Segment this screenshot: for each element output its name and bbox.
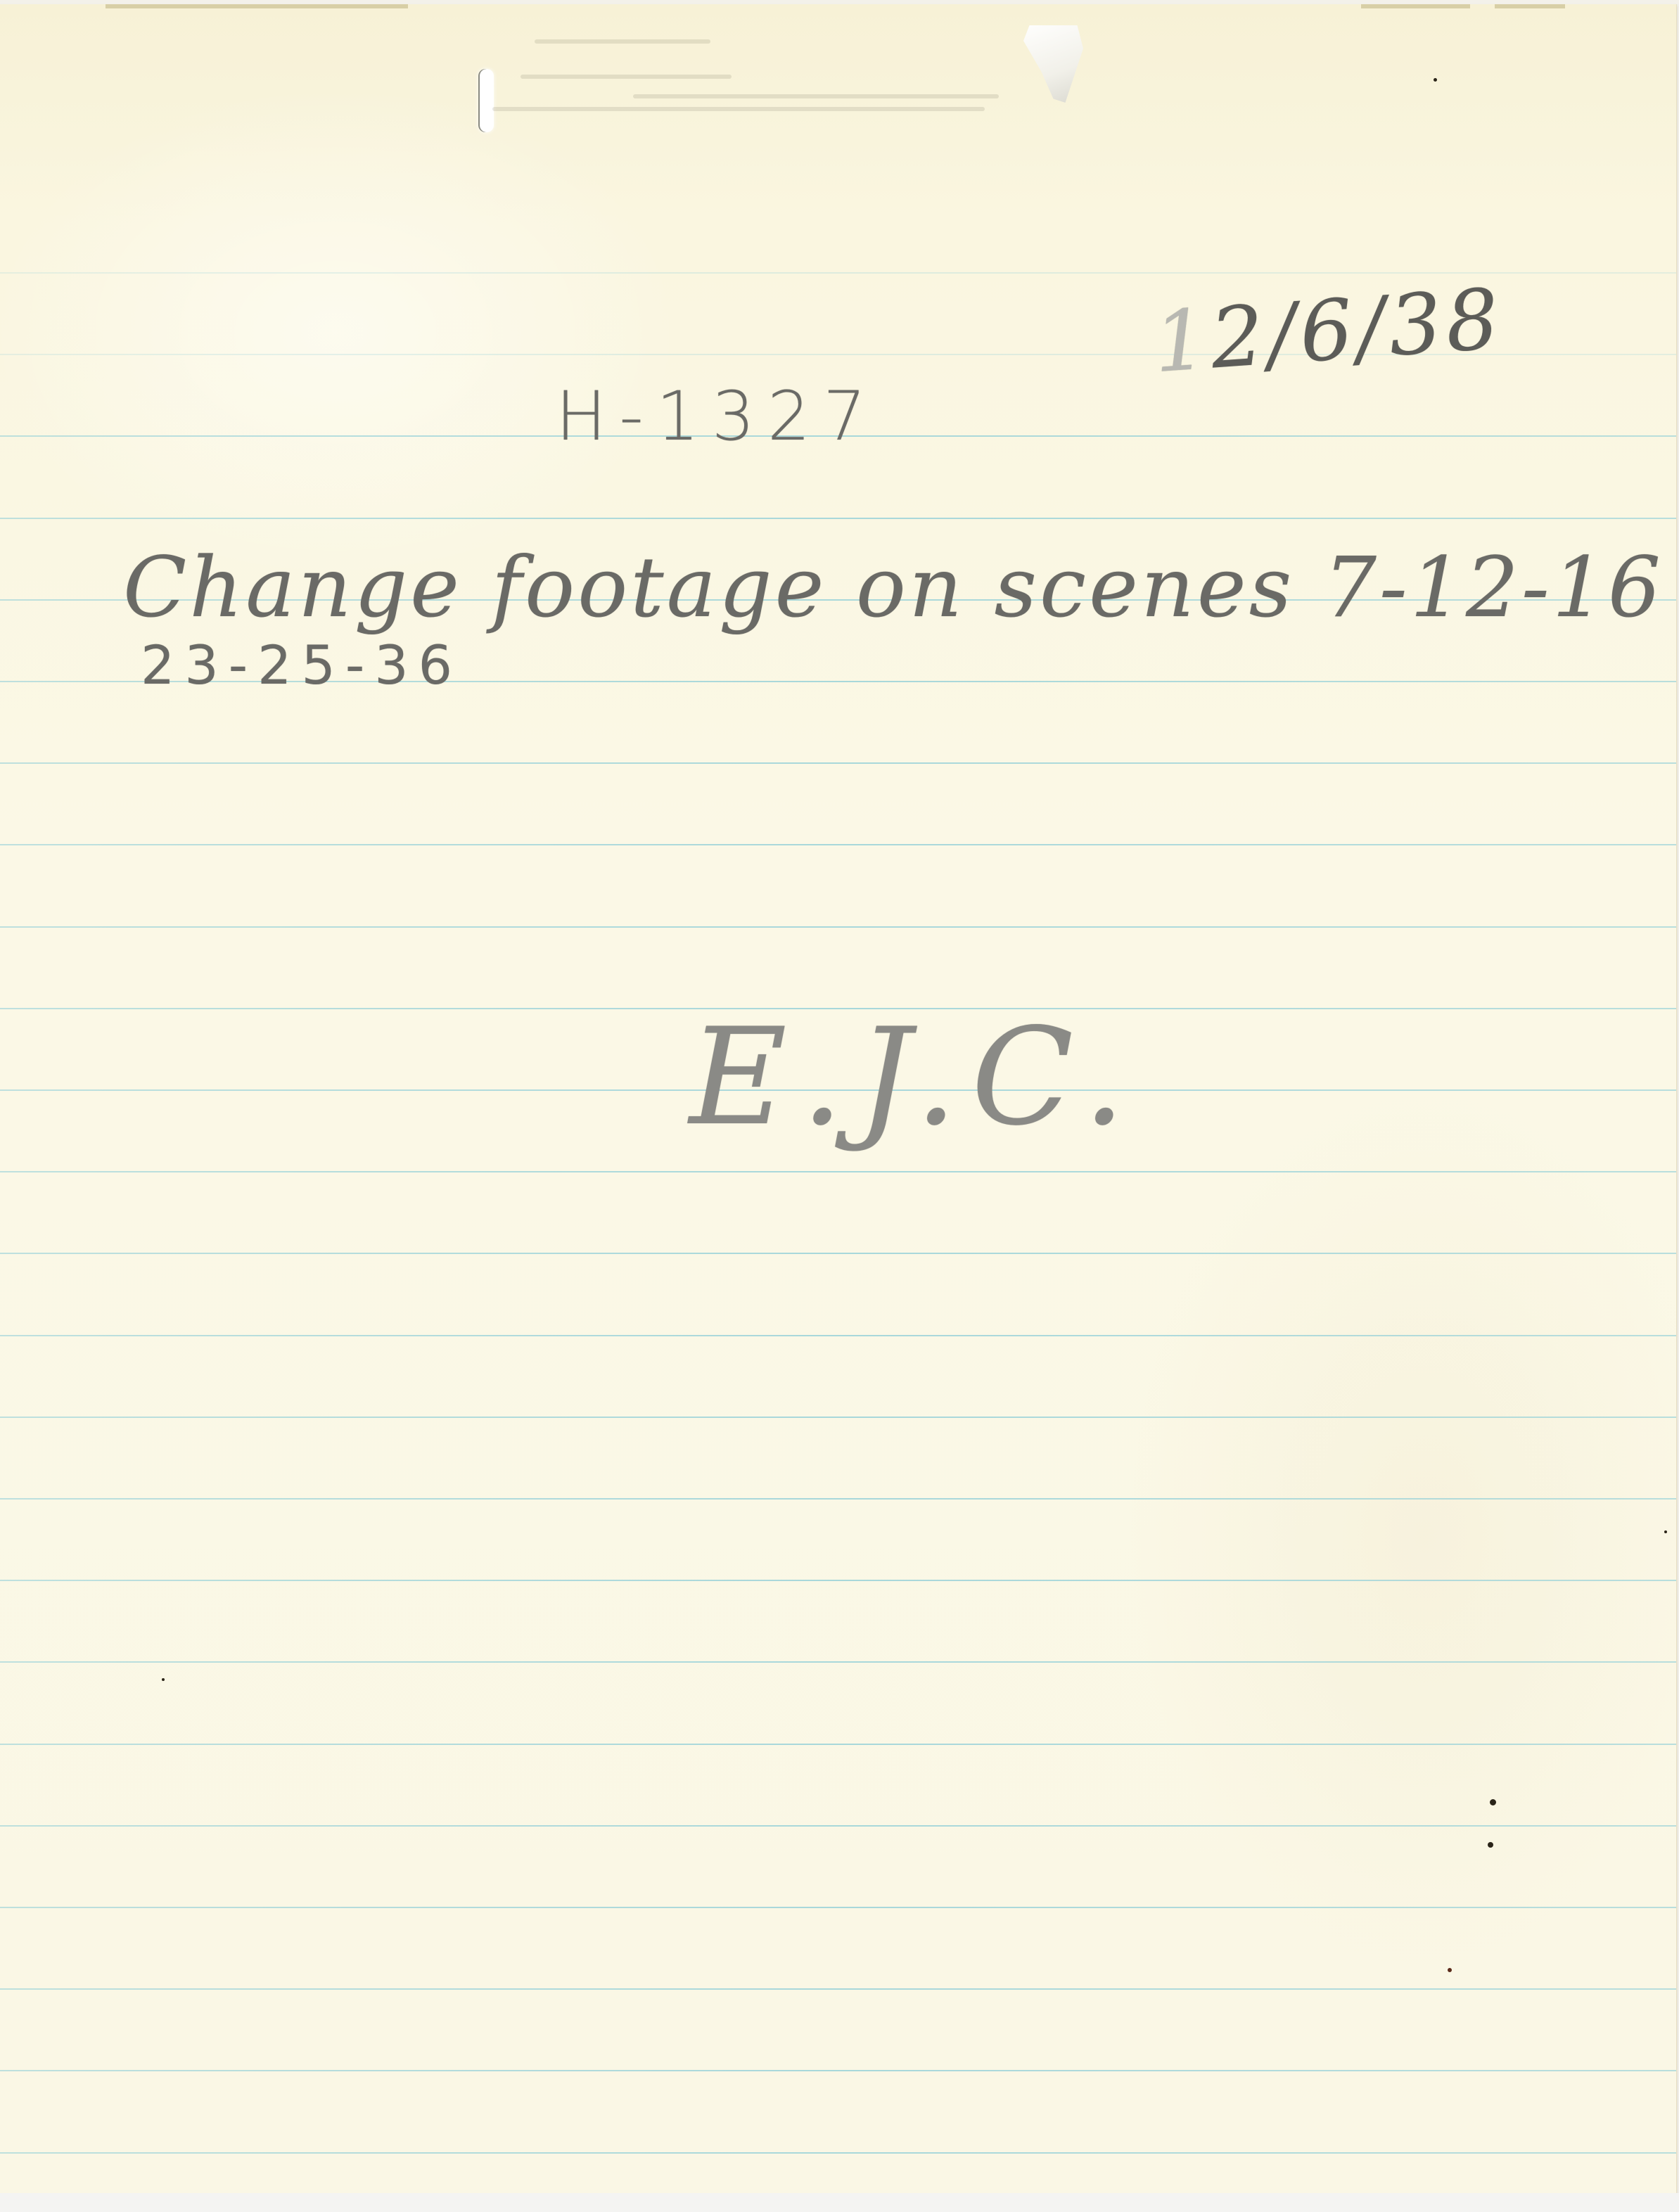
rule-line (0, 1171, 1676, 1172)
paper-speck (1490, 1799, 1496, 1805)
rule-line (0, 1335, 1676, 1336)
rule-line (0, 1580, 1676, 1581)
rule-line (0, 1253, 1676, 1254)
rule-line (0, 1744, 1676, 1745)
rule-line (0, 844, 1676, 845)
paper-speck (1488, 1842, 1493, 1848)
date-faint-digit: 1 (1151, 290, 1215, 391)
offset-smudge (633, 94, 999, 98)
rule-line (0, 2152, 1676, 2154)
rule-line (0, 762, 1676, 764)
date-note: 12/6/38 (1151, 270, 1506, 391)
rule-line (0, 518, 1676, 519)
paper-top-edge (1361, 4, 1470, 8)
rule-line (0, 1907, 1676, 1908)
offset-smudge (535, 39, 710, 44)
paper-speck (1664, 1530, 1667, 1533)
paper-tear (1023, 25, 1083, 103)
rule-line (0, 1988, 1676, 1990)
date-text: 2/6/38 (1208, 270, 1506, 388)
paper-top-edge (1495, 4, 1565, 8)
rule-line (0, 1498, 1676, 1500)
offset-smudge (492, 107, 985, 111)
instruction-line-1: Change footage on scenes 7-12-16 (123, 539, 1664, 636)
rule-line (0, 1417, 1676, 1418)
reference-number: H-1327 (556, 377, 879, 456)
signature-initials: E.J.C. (689, 999, 1139, 1155)
scan-background (0, 2193, 1679, 2212)
rule-line (0, 2070, 1676, 2071)
rule-line (0, 1825, 1676, 1827)
offset-smudge (521, 75, 732, 79)
paper-speck (1448, 1968, 1452, 1972)
paper-top-edge (106, 4, 408, 8)
instruction-line-2: 23-25-36 (141, 634, 462, 696)
ruled-paper-sheet: 12/6/38 H-1327 Change footage on scenes … (0, 4, 1677, 2193)
paper-speck (1434, 78, 1437, 82)
staple-hole (478, 69, 494, 132)
paper-speck (162, 1678, 165, 1681)
rule-line (0, 1661, 1676, 1663)
rule-line (0, 926, 1676, 928)
rule-line (0, 272, 1676, 274)
